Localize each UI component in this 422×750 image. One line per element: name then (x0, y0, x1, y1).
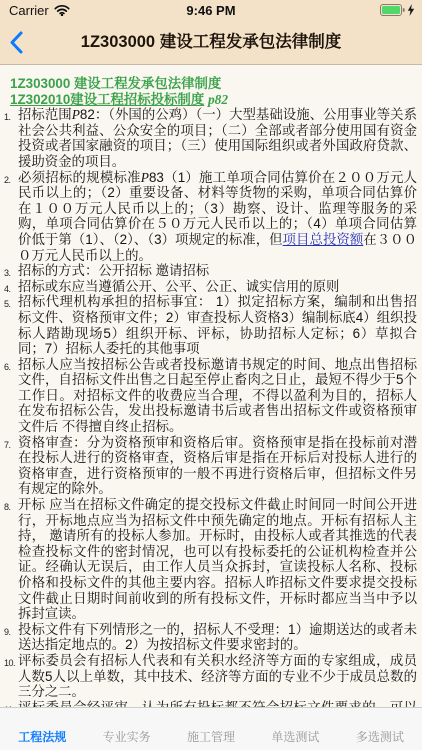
list-item: 8.开标 应当在招标文件确定的提交投标文件截止时间同一时间公开进行，开标地点应当… (3, 497, 417, 622)
tab-label: 多选测试 (356, 728, 404, 745)
text-run: 资格审查：分为资格预审和资格后审。资格预审是指在投标前对潜在投标人进行的资格审查… (18, 435, 417, 497)
text-run: 评标委员会有招标人代表和有关积水经济等方面的专家组成，成员人数5人以上单数，其中… (18, 653, 417, 699)
tab-label: 单选测试 (271, 728, 319, 745)
section-heading: 1Z302010建设工程招标投标制度 p82 (10, 92, 417, 108)
item-number: 10. (4, 656, 15, 672)
list-item: 10.评标委员会有招标人代表和有关积水经济等方面的专家组成，成员人数5人以上单数… (3, 653, 417, 700)
tab-label: 施工管理 (187, 728, 235, 745)
item-number: 5. (4, 297, 11, 313)
item-text: 评标委员会有招标人代表和有关积水经济等方面的专家组成，成员人数5人以上单数，其中… (18, 653, 417, 699)
tab-4[interactable]: 单选测试 (253, 708, 337, 750)
tab-3[interactable]: 施工管理 (169, 708, 253, 750)
item-number: 9. (4, 625, 11, 641)
item-text: 招标代理机构承担的招标事宜： 1）拟定招标方案，编制和出售招标文件、资格预审文件… (18, 294, 417, 356)
item-text: 招标的方式：公开招标 邀请招标 (18, 263, 209, 278)
notes-list: 1.招标范围P82：（外国的公鸡）（一）大型基础设施、公用事业等关系社会公共利益… (3, 107, 417, 708)
clock: 9:46 PM (0, 3, 422, 18)
item-text: 资格审查：分为资格预审和资格后审。资格预审是指在投标前对潜在投标人进行的资格审查… (18, 435, 417, 497)
tab-1[interactable]: 工程法规 (0, 708, 84, 750)
back-button[interactable] (10, 30, 34, 54)
item-number: 2. (4, 173, 11, 189)
list-item: 9.投标文件有下列情形之一的，招标人不受理：1）逾期送达的或者未送达指定地点的。… (3, 622, 417, 653)
content-area[interactable]: 1Z303000 建设工程发承包法律制度 1Z302010建设工程招标投标制度 … (0, 65, 422, 708)
text-run: 招标代理机构承担的招标事宜： 1）拟定招标方案，编制和出售招标文件、资格预审文件… (18, 294, 417, 356)
text-run: 招标的方式：公开招标 邀请招标 (18, 263, 209, 278)
item-text: 投标文件有下列情形之一的，招标人不受理：1）逾期送达的或者未送达指定地点的。2）… (18, 622, 417, 653)
list-item: 3.招标的方式：公开招标 邀请招标 (3, 263, 417, 279)
list-item: 7.资格审查：分为资格预审和资格后审。资格预审是指在投标前对潜在投标人进行的资格… (3, 435, 417, 497)
list-item: 5.招标代理机构承担的招标事宜： 1）拟定招标方案，编制和出售招标文件、资格预审… (3, 294, 417, 356)
list-item: 6.招标人应当按招标公告或者投标邀请书规定的时间、地点出售招标文件，自招标文件出… (3, 357, 417, 435)
text-run: 招标范围 (18, 107, 72, 122)
inline-link[interactable]: 项目总投资额 (283, 232, 364, 247)
tab-2[interactable]: 专业实务 (84, 708, 168, 750)
page-ref: P (72, 107, 80, 122)
page-title: 1Z303000 建设工程发承包法律制度 (34, 20, 388, 64)
item-number: 1. (4, 110, 11, 126)
item-number: 6. (4, 360, 11, 376)
text-run: 必须招标的规模标准 (18, 170, 141, 185)
nav-bar: 1Z303000 建设工程发承包法律制度 (0, 20, 422, 65)
tab-5[interactable]: 多选测试 (338, 708, 422, 750)
section-heading-text: 1Z302010建设工程招标投标制度 (10, 92, 204, 107)
list-item: 4.招标或东应当遵循公开、公平、公正、诚实信用的原则 (3, 279, 417, 295)
tab-label: 工程法规 (18, 728, 66, 745)
chevron-left-icon (10, 31, 23, 54)
text-run: 招标人应当按招标公告或者投标邀请书规定的时间、地点出售招标文件，自招标文件出售之… (18, 357, 417, 434)
chapter-heading: 1Z303000 建设工程发承包法律制度 (10, 76, 417, 92)
item-number: 7. (4, 438, 11, 454)
app-screen: Carrier 9:46 PM (0, 0, 422, 750)
item-text: 招标范围P82：（外国的公鸡）（一）大型基础设施、公用事业等关系社会公共利益、公… (18, 107, 417, 169)
text-run: 招标或东应当遵循公开、公平、公正、诚实信用的原则 (18, 279, 339, 294)
text-run: 投标文件有下列情形之一的，招标人不受理：1）逾期送达的或者未送达指定地点的。2）… (18, 622, 417, 653)
item-text: 必须招标的规模标准P83（1）施工单项合同估算价在２００万元人民币以上的；（2）… (18, 170, 417, 263)
item-number: 8. (4, 500, 11, 516)
text-run: 开标 应当在招标文件确定的提交投标文件截止时间同一时间公开进行，开标地点应当为招… (18, 497, 417, 621)
item-text: 招标人应当按招标公告或者投标邀请书规定的时间、地点出售招标文件，自招标文件出售之… (18, 357, 417, 434)
section-page-ref: p82 (208, 92, 228, 107)
item-text: 开标 应当在招标文件确定的提交投标文件截止时间同一时间公开进行，开标地点应当为招… (18, 497, 417, 621)
list-item: 1.招标范围P82：（外国的公鸡）（一）大型基础设施、公用事业等关系社会公共利益… (3, 107, 417, 169)
status-bar: Carrier 9:46 PM (0, 0, 422, 20)
list-item: 2.必须招标的规模标准P83（1）施工单项合同估算价在２００万元人民币以上的；（… (3, 170, 417, 264)
item-text: 招标或东应当遵循公开、公平、公正、诚实信用的原则 (18, 279, 339, 294)
page-ref: P (141, 170, 149, 185)
tab-bar: 工程法规专业实务施工管理单选测试多选测试 (0, 707, 422, 750)
tab-label: 专业实务 (103, 728, 151, 745)
